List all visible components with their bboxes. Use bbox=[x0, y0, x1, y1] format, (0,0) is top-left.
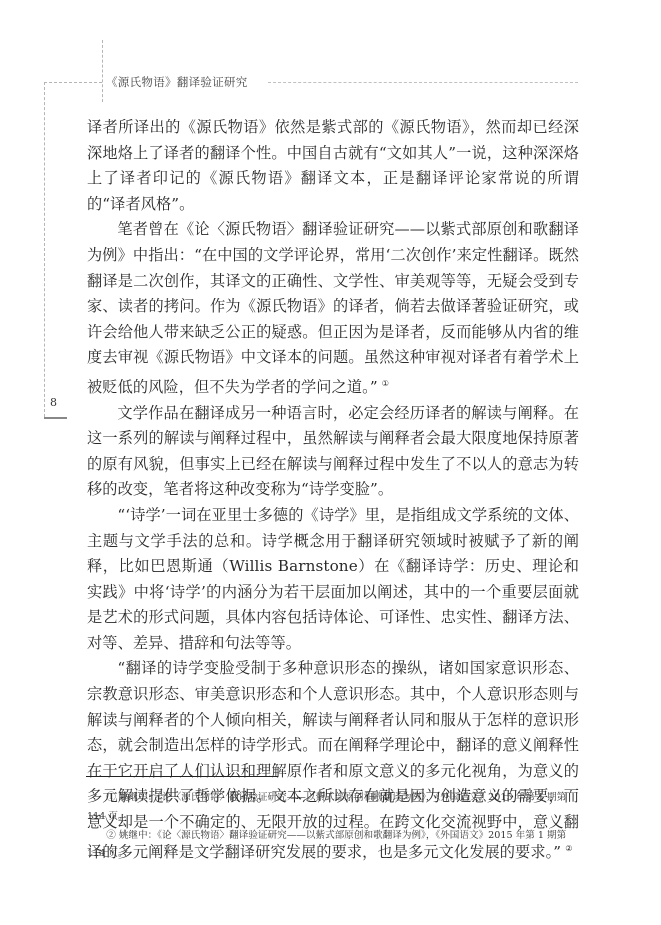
body-text: 译者所译出的《源氏物语》依然是紫式部的《源氏物语》，然而却已经深深地烙上了译者的… bbox=[87, 115, 579, 865]
footnote-ref-1[interactable]: ① bbox=[382, 379, 389, 388]
footnotes: ① 姚继中：《论〈源氏物语〉翻译验证研究——以紫式部原创和歌翻译为例》，《外国语… bbox=[87, 789, 579, 864]
paragraph-3: 文学作品在翻译成另一种语言时，必定会经历译者的解读与阐释。在这一系列的解读与阐释… bbox=[87, 401, 579, 503]
header-divider-vertical bbox=[102, 40, 103, 102]
header-dashed-rule bbox=[268, 82, 578, 83]
footnote-2: ② 姚继中：《论〈源氏物语〉翻译验证研究——以紫式部原创和歌翻译为例》，《外国语… bbox=[87, 827, 579, 865]
frame-left-dashed-line bbox=[44, 82, 45, 417]
paragraph-4: “‘诗学’一词在亚里士多德的《诗学》里，是指组成文学系统的文体、主题与文学手法的… bbox=[87, 503, 579, 657]
page-number-rule bbox=[44, 417, 67, 419]
paragraph-2: 笔者曾在《论〈源氏物语〉翻译验证研究——以紫式部原创和歌翻译为例》中指出：“在中… bbox=[87, 217, 579, 400]
running-title: 《源氏物语》翻译验证研究 bbox=[106, 74, 248, 90]
frame-top-dashed-line bbox=[44, 82, 102, 83]
footnote-separator bbox=[86, 776, 278, 777]
page-number: 8 bbox=[50, 396, 57, 409]
footnote-1: ① 姚继中：《论〈源氏物语〉翻译验证研究——以紫式部原创和歌翻译为例》，《外国语… bbox=[87, 789, 579, 827]
paragraph-1: 译者所译出的《源氏物语》依然是紫式部的《源氏物语》，然而却已经深深地烙上了译者的… bbox=[87, 115, 579, 217]
